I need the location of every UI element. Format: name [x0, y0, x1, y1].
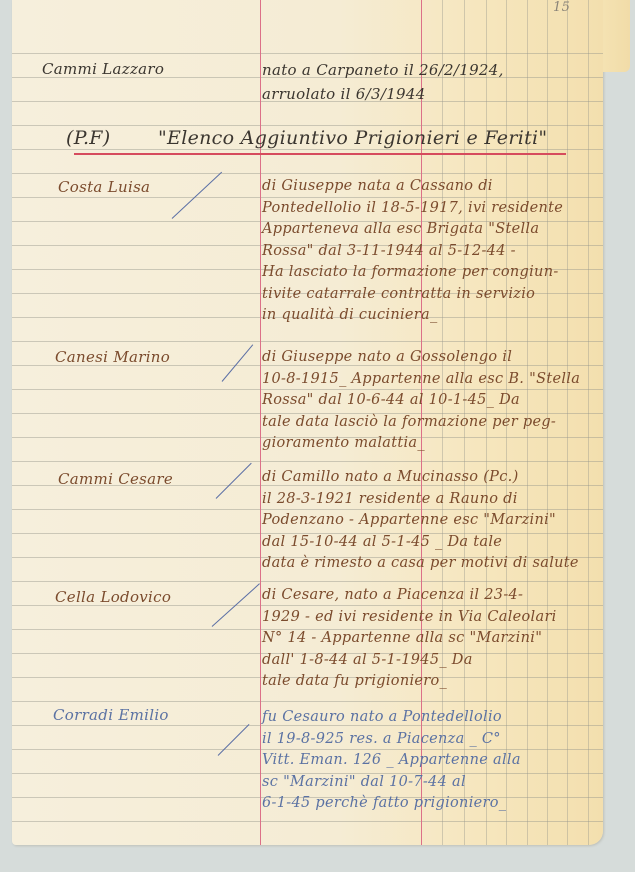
ruled-line	[12, 173, 603, 174]
entry-line: Rossa" dal 3-11-1944 al 5-12-44 -	[262, 241, 607, 263]
entry-line: Vitt. Eman. 126 _ Appartenne alla	[262, 750, 607, 772]
entry-line: data è rimesto a casa per motivi di salu…	[262, 553, 607, 575]
entry-name: Canesi Marino	[55, 348, 170, 366]
entry-line: tale data fu prigioniero_	[262, 671, 607, 693]
ruled-line	[12, 461, 603, 462]
entry-line: il 28-3-1921 residente a Rauno di	[262, 489, 607, 511]
entry-line: sc "Marzini" dal 10-7-44 al	[262, 772, 607, 794]
entry-body: fu Cesauro nato a Pontedellolio il 19-8-…	[262, 707, 607, 815]
entry-line: Apparteneva alla esc Brigata "Stella	[262, 219, 607, 241]
entry-line: in qualità di cuciniera_	[262, 305, 607, 327]
entry-line: Podenzano - Appartenne esc "Marzini"	[262, 510, 607, 532]
entry-line: Ha lasciato la formazione per congiun-	[262, 262, 607, 284]
entry-line: dal 15-10-44 al 5-1-45 _ Da tale	[262, 532, 607, 554]
entry-line: di Giuseppe nato a Gossolengo il	[262, 347, 607, 369]
entry-body: di Cesare, nato a Piacenza il 23-4- 1929…	[262, 585, 607, 693]
ruled-line	[12, 581, 603, 582]
page-title: "Elenco Aggiuntivo Prigionieri e Feriti"	[158, 127, 547, 149]
title-underline	[74, 153, 566, 155]
entry-line: N° 14 - Appartenne alla sc "Marzini"	[262, 628, 607, 650]
entry-line: 1929 - ed ivi residente in Via Caleolari	[262, 607, 607, 629]
title-prefix: (P.F)	[66, 127, 110, 149]
ruled-line	[12, 341, 603, 342]
entry-line: tale data lasciò la formazione per peg-	[262, 412, 607, 434]
entry-line: di Camillo nato a Mucinasso (Pc.)	[262, 467, 607, 489]
entry-body: di Camillo nato a Mucinasso (Pc.) il 28-…	[262, 467, 607, 575]
entry-line: tivite catarrale contratta in servizio	[262, 284, 607, 306]
paper-tab-corner	[603, 0, 630, 72]
entry-line: gioramento malattia_	[262, 433, 607, 455]
entry-name: Cella Lodovico	[55, 588, 171, 606]
entry-line: Rossa" dal 10-6-44 al 10-1-45_ Da	[262, 390, 607, 412]
entry-body: di Giuseppe nata a Cassano di Pontedello…	[262, 176, 607, 327]
header-entry-line: nato a Carpaneto il 26/2/1924,	[262, 60, 504, 82]
ruled-line	[12, 53, 603, 54]
header-entry-line: arruolato il 6/3/1944	[262, 84, 426, 106]
entry-name: Costa Luisa	[58, 178, 150, 196]
entry-line: di Cesare, nato a Piacenza il 23-4-	[262, 585, 607, 607]
entry-line: fu Cesauro nato a Pontedellolio	[262, 707, 607, 729]
page-number: 15	[553, 0, 570, 15]
entry-line: di Giuseppe nata a Cassano di	[262, 176, 607, 198]
ruled-line	[12, 149, 603, 150]
ruled-line	[12, 701, 603, 702]
entry-name: Cammi Cesare	[58, 470, 173, 488]
entry-line: Pontedellolio il 18-5-1917, ivi resident…	[262, 198, 607, 220]
entry-name: Corradi Emilio	[53, 706, 169, 724]
ruled-line	[12, 821, 603, 822]
header-entry-name: Cammi Lazzaro	[42, 60, 164, 78]
ruled-line	[12, 125, 603, 126]
entry-line: 10-8-1915_ Appartenne alla esc B. "Stell…	[262, 369, 607, 391]
entry-body: di Giuseppe nato a Gossolengo il 10-8-19…	[262, 347, 607, 455]
entry-line: il 19-8-925 res. a Piacenza _ C°	[262, 729, 607, 751]
entry-line: dall' 1-8-44 al 5-1-1945_ Da	[262, 650, 607, 672]
entry-line: 6-1-45 perchè fatto prigioniero_	[262, 793, 607, 815]
